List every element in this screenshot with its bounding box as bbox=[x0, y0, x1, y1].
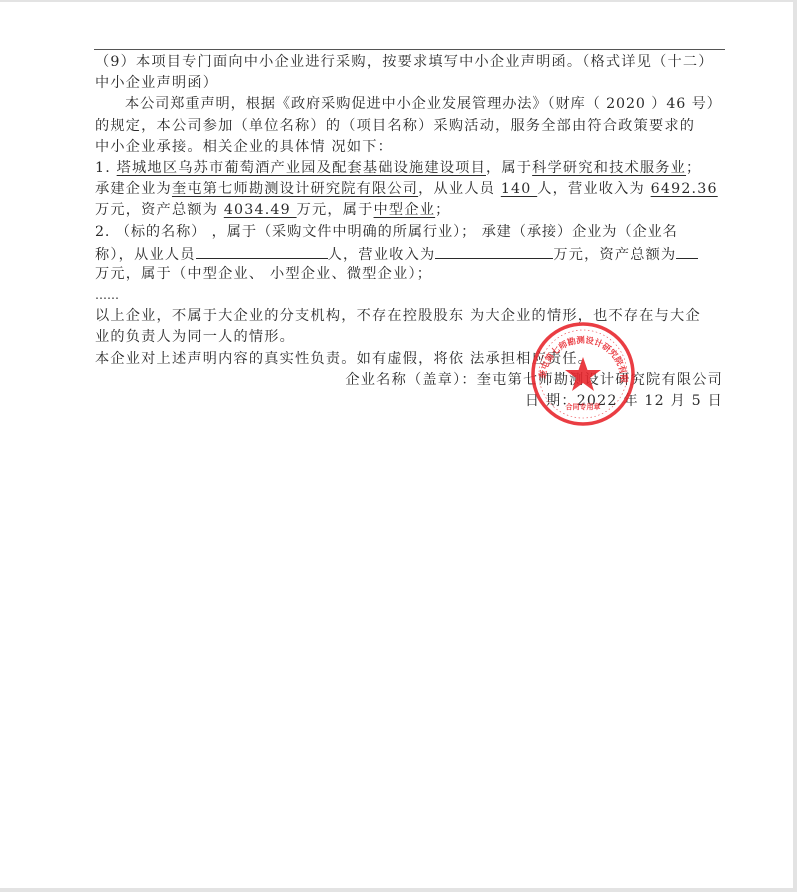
entry2-line2: 称），从业人员人，营业收入为万元，资产总额为 bbox=[95, 243, 727, 264]
entry1-line3: 万元，资产总额为 4034.49 万元，属于中型企业； bbox=[95, 200, 727, 221]
signature-date: 日 期：2022 年 12 月 5 日 bbox=[95, 391, 727, 412]
assets-suffix: 万元，属于 bbox=[297, 202, 374, 218]
belongs-to-label: ，属于 bbox=[486, 160, 532, 176]
declaration-line2: 的规定，本公司参加（单位名称）的（项目名称）采购活动，服务全部由符合政策要求的 bbox=[95, 116, 727, 137]
employees-count: 140 bbox=[501, 181, 537, 197]
statement-line3: 本企业对上述声明内容的真实性负责。如有虚假，将依 法承担相应责任。 bbox=[95, 349, 727, 370]
statement-line1: 以上企业，不属于大企业的分支机构，不存在控股股东 为大企业的情形，也不存在与大企 bbox=[95, 306, 727, 327]
entry1-number: 1. bbox=[95, 160, 117, 176]
project-name: 塔城地区乌苏市葡萄酒产业园及配套基础设施建设项目 bbox=[117, 160, 486, 176]
declaration-line1: 本公司郑重声明，根据《政府采购促进中小企业发展管理办法》（财库（ 2020 ）4… bbox=[95, 94, 727, 115]
revenue-value: 6492.36 bbox=[651, 181, 718, 197]
ellipsis: …… bbox=[95, 285, 727, 306]
document-page: （9）本项目专门面向中小企业进行采购，按要求填写中小企业声明函。（格式详见（十二… bbox=[0, 2, 793, 888]
enterprise-type: 中型企业 bbox=[374, 202, 436, 218]
semicolon: ； bbox=[686, 160, 701, 176]
statement-line2: 业的负责人为同一人的情形。 bbox=[95, 327, 727, 348]
entry1-line2: 承建企业为奎屯第七师勘测设计研究院有限公司，从业人员 140 人，营业收入为 6… bbox=[95, 179, 727, 200]
employees-blank[interactable] bbox=[196, 243, 328, 259]
item9-line1: （9）本项目专门面向中小企业进行采购，按要求填写中小企业声明函。（格式详见（十二… bbox=[95, 52, 727, 73]
contractor-name: 奎屯第七师勘测设计研究院有限公司 bbox=[172, 181, 418, 197]
entry2-employees-label: 称），从业人员 bbox=[95, 247, 196, 263]
entry1-end: ； bbox=[435, 202, 450, 218]
industry: 科学研究和技术服务业 bbox=[532, 160, 686, 176]
assets-blank[interactable] bbox=[676, 243, 698, 259]
employees-suffix: 人，营业收入为 bbox=[537, 181, 650, 197]
assets-value: 4034.49 bbox=[224, 202, 297, 218]
entry1-line1: 1. 塔城地区乌苏市葡萄酒产业园及配套基础设施建设项目，属于科学研究和技术服务业… bbox=[95, 158, 727, 179]
revenue-unit: 万元，资产总额为 bbox=[95, 202, 224, 218]
revenue-blank[interactable] bbox=[435, 243, 553, 259]
document-body: （9）本项目专门面向中小企业进行采购，按要求填写中小企业声明函。（格式详见（十二… bbox=[95, 52, 727, 412]
entry2-line1: 2. （标的名称） ，属于（采购文件中明确的所属行业）； 承建（承接）企业为（企… bbox=[95, 222, 727, 243]
declaration-line3: 中小企业承接。相关企业的具体情 况如下： bbox=[95, 137, 727, 158]
entry2-line3: 万元，属于（中型企业、 小型企业、微型企业）； bbox=[95, 264, 727, 285]
signature-company: 企业名称（盖章）：奎屯第七师勘测设计研究院有限公司 bbox=[95, 370, 727, 391]
item9-line2: 中小企业声明函） bbox=[95, 73, 727, 94]
contractor-prefix: 承建企业为 bbox=[95, 181, 172, 197]
entry2-assets-label: 万元，资产总额为 bbox=[553, 247, 676, 263]
header-separator bbox=[94, 49, 725, 50]
entry2-revenue-label: 人，营业收入为 bbox=[328, 247, 436, 263]
employees-prefix: ，从业人员 bbox=[418, 181, 501, 197]
